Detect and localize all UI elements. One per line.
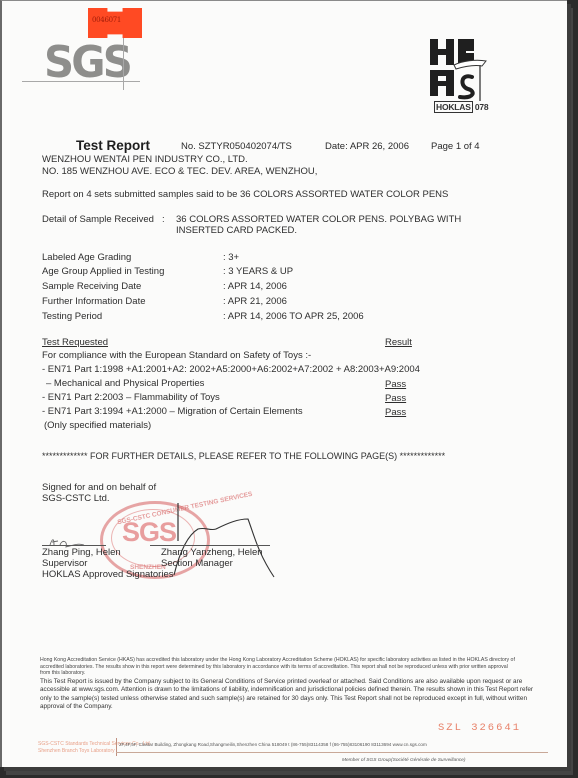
report-summary: Report on 4 sets submitted samples said … <box>42 189 448 200</box>
tests-header: Test Requested <box>42 337 108 348</box>
client-name: WENZHOU WENTAI PEN INDUSTRY CO., LTD. <box>42 154 248 165</box>
signatory-2-name: Zhang Yanzheng, Helen <box>161 547 263 558</box>
test-report-page: 0046071 SGS HOKLAS 078 Test Report No. S… <box>0 0 567 767</box>
report-title: Test Report <box>76 138 150 153</box>
sample-detail-separator: : <box>162 214 165 225</box>
field-value: : APR 14, 2006 <box>223 281 287 292</box>
field-value: : 3+ <box>223 252 239 263</box>
footer-address: 2F,4F,5F, Clastar Building, Zhongkang Ro… <box>119 742 427 747</box>
field-label: Labeled Age Grading <box>42 252 131 263</box>
signed-on-behalf: Signed for and on behalf of <box>42 482 156 493</box>
test-result: Pass <box>385 407 406 418</box>
report-date: Date: APR 26, 2006 <box>325 141 409 152</box>
reference-tag: 0046071 <box>88 8 142 38</box>
report-number: No. SZTYR050402074/TS <box>181 141 292 152</box>
field-label: Testing Period <box>42 311 102 322</box>
footer-rule <box>116 752 548 753</box>
results-header: Result <box>385 337 412 348</box>
field-value: : APR 14, 2006 TO APR 25, 2006 <box>223 311 364 322</box>
reference-tag-text: 0046071 <box>92 16 121 24</box>
client-address: NO. 185 WENZHOU AVE. ECO & TEC. DEV. ARE… <box>42 166 317 177</box>
sample-detail-value-2: INSERTED CARD PACKED. <box>176 225 297 236</box>
test-item: - EN71 Part 2:2003 – Flammability of Toy… <box>42 392 220 403</box>
test-item: - EN71 Part 1:1998 +A1:2001+A2: 2002+A5:… <box>42 364 420 375</box>
field-label: Age Group Applied in Testing <box>42 266 164 277</box>
footer-divider <box>116 738 117 756</box>
test-note: (Only specified materials) <box>44 420 151 431</box>
signature-line <box>42 545 106 546</box>
hoklas-mark: HOKLAS 078 <box>434 102 488 112</box>
sample-detail-label: Detail of Sample Received <box>42 214 154 225</box>
signatory-1-title: Supervisor <box>42 558 87 569</box>
signatory-1-name: Zhang Ping, Helen <box>42 547 121 558</box>
serial-number: SZL 326641 <box>438 722 521 734</box>
test-result: Pass <box>385 379 406 390</box>
page-indicator: Page 1 of 4 <box>431 141 480 152</box>
terms-notice: This Test Report is issued by the Compan… <box>40 678 540 712</box>
tests-intro: For compliance with the European Standar… <box>42 350 311 361</box>
signature-line <box>150 545 270 546</box>
field-label: Further Information Date <box>42 296 146 307</box>
footer-member: Member of SGS Group(Société Générale de … <box>342 758 465 763</box>
further-details-notice: ************* FOR FURTHER DETAILS, PLEAS… <box>42 451 445 461</box>
field-value: : APR 21, 2006 <box>223 296 287 307</box>
test-item: - EN71 Part 3:1994 +A1:2000 – Migration … <box>42 406 303 417</box>
approved-signatories: HOKLAS Approved Signatories <box>42 569 174 580</box>
accreditation-notice: Hong Kong Accreditation Service (HKAS) h… <box>40 657 515 677</box>
hkas-logo <box>430 39 486 97</box>
test-result: Pass <box>385 393 406 404</box>
field-label: Sample Receiving Date <box>42 281 141 292</box>
hkas-swoosh-icon <box>452 57 490 101</box>
sample-detail-value-1: 36 COLORS ASSORTED WATER COLOR PENS. POL… <box>176 214 461 225</box>
field-value: : 3 YEARS & UP <box>223 266 293 277</box>
logo-rule-vertical <box>123 38 124 90</box>
test-item-detail: – Mechanical and Physical Properties <box>46 378 204 389</box>
signatory-2-title: Section Manager <box>161 558 233 569</box>
